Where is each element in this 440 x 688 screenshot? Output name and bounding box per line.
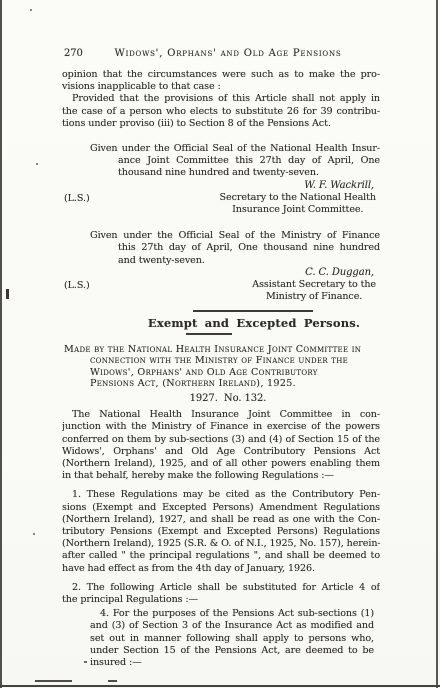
text-line: Widows', Orphans' and Old Age Contributo… (90, 367, 380, 379)
signature-duggan: C. C. Duggan, (62, 267, 380, 279)
text-line: (Northern Ireland), 1927, and shall be r… (62, 514, 380, 526)
regulation-number: 1927. No. 132. (69, 393, 387, 405)
text-line: set out in manner following shall apply … (90, 633, 374, 645)
scan-speck (33, 533, 35, 535)
page-edge-left (0, 0, 2, 688)
text-line: Pensions Act, (Northern Ireland), 1925. (90, 378, 380, 390)
text-line: 4. For the purposes of the Pensions Act … (90, 608, 374, 620)
text-line: under Section 15 of the Pensions Act, ar… (90, 645, 374, 657)
text-line: 1. These Regulations may be cited as the… (62, 489, 380, 501)
text-line: insured :— (90, 657, 374, 669)
signature-wackrill: W. F. Wackrill, (62, 180, 380, 192)
text-line: The National Health Insurance Joint Comm… (62, 409, 380, 421)
section-heading: Exempt and Excepted Persons. (95, 317, 413, 329)
seal-ls-mark: (L.S.) (64, 280, 90, 292)
signature-title-ministry: Assistant Secretary to theMinistry of Fi… (252, 279, 376, 303)
attestation-joint-committee: (L.S.) Secretary to the National HealthI… (62, 192, 380, 216)
scan-dash-mark (35, 680, 72, 682)
text-line: the principal Regulations :— (62, 594, 380, 606)
text-line: and twenty-seven. (118, 255, 380, 267)
page-edge-bottom (0, 685, 440, 687)
text-line: tributory Pensions (Exempt and Excepted … (62, 526, 380, 538)
page-edge-right (436, 0, 438, 688)
text-line: Given under the Official Seal of the Min… (90, 230, 380, 242)
text-line: tions under proviso (iii) to Section 8 o… (62, 118, 380, 130)
seal-ls-mark: (L.S.) (64, 193, 90, 205)
paragraph-continuation: opinion that the circumstances were such… (62, 69, 380, 93)
text-line: Ministry of Finance. (252, 291, 376, 303)
text-line: Made by the National Health Insurance Jo… (64, 344, 380, 356)
text-line: sions (Exempt and Excepted Persons) Amen… (62, 502, 380, 514)
text-line: Secretary to the National Health (220, 192, 376, 204)
text-line: connection with the Ministry of Finance … (90, 355, 380, 367)
page-header: 270 Widows', Orphans' and Old Age Pensio… (62, 48, 380, 61)
text-line: have had effect as from the 4th day of J… (62, 563, 380, 575)
scan-dash-mark (108, 680, 117, 682)
page-content: 270 Widows', Orphans' and Old Age Pensio… (62, 48, 380, 669)
attestation-ministry: (L.S.) Assistant Secretary to theMinistr… (62, 279, 380, 303)
text-line: Widows', Orphans' and Old Age Contributo… (62, 446, 380, 458)
made-by-block: Made by the National Health Insurance Jo… (62, 344, 380, 390)
divider-rule-short (186, 333, 232, 335)
text-line: ance Joint Committee this 27th day of Ap… (118, 155, 380, 167)
scan-speck (36, 163, 38, 165)
text-line: junction with the Ministry of Finance in… (62, 421, 380, 433)
scan-tick-mark (6, 289, 9, 299)
text-line: opinion that the circumstances were such… (62, 69, 380, 81)
text-line: and (3) of Section 3 of the Insurance Ac… (90, 620, 374, 632)
divider-rule (193, 310, 313, 312)
paragraph-regulation-2: 2. The following Article shall be substi… (62, 582, 380, 606)
text-line: 2. The following Article shall be substi… (62, 582, 380, 594)
text-line: after called " the principal regulations… (62, 550, 380, 562)
text-line: Insurance Joint Committee. (220, 204, 376, 216)
running-title: Widows', Orphans' and Old Age Pensions (76, 48, 380, 60)
signature-title-joint-committee: Secretary to the National HealthInsuranc… (220, 192, 376, 216)
paragraph-regulation-1: 1. These Regulations may be cited as the… (62, 489, 380, 574)
paragraph-intro: The National Health Insurance Joint Comm… (62, 409, 380, 482)
text-line: (Northern Ireland), 1925 (S.R. & O. of N… (62, 538, 380, 550)
text-line: the case of a person who elects to subst… (62, 106, 380, 118)
text-line: Provided that the provisions of this Art… (62, 93, 380, 105)
paragraph-proviso: Provided that the provisions of this Art… (62, 93, 380, 130)
scanned-document-page: 270 Widows', Orphans' and Old Age Pensio… (0, 0, 440, 688)
text-line: thousand nine hundred and twenty-seven. (118, 167, 380, 179)
text-line: Assistant Secretary to the (252, 279, 376, 291)
paragraph-article-4: 4. For the purposes of the Pensions Act … (62, 608, 380, 669)
paragraph-seal-joint-committee: Given under the Official Seal of the Nat… (62, 143, 380, 180)
paragraph-seal-ministry: Given under the Official Seal of the Min… (62, 230, 380, 267)
text-line: this 27th day of April, One thousand nin… (118, 242, 380, 254)
text-line: in that behalf, hereby make the followin… (62, 470, 380, 482)
scan-speck (30, 9, 32, 11)
text-line: (Northern Ireland), 1925, and of all oth… (62, 458, 380, 470)
text-line: conferred on them by sub-sections (3) an… (62, 434, 380, 446)
text-line: Given under the Official Seal of the Nat… (90, 143, 380, 155)
page-number: 270 (64, 48, 83, 60)
text-line: visions inapplicable to that case : (62, 81, 380, 93)
